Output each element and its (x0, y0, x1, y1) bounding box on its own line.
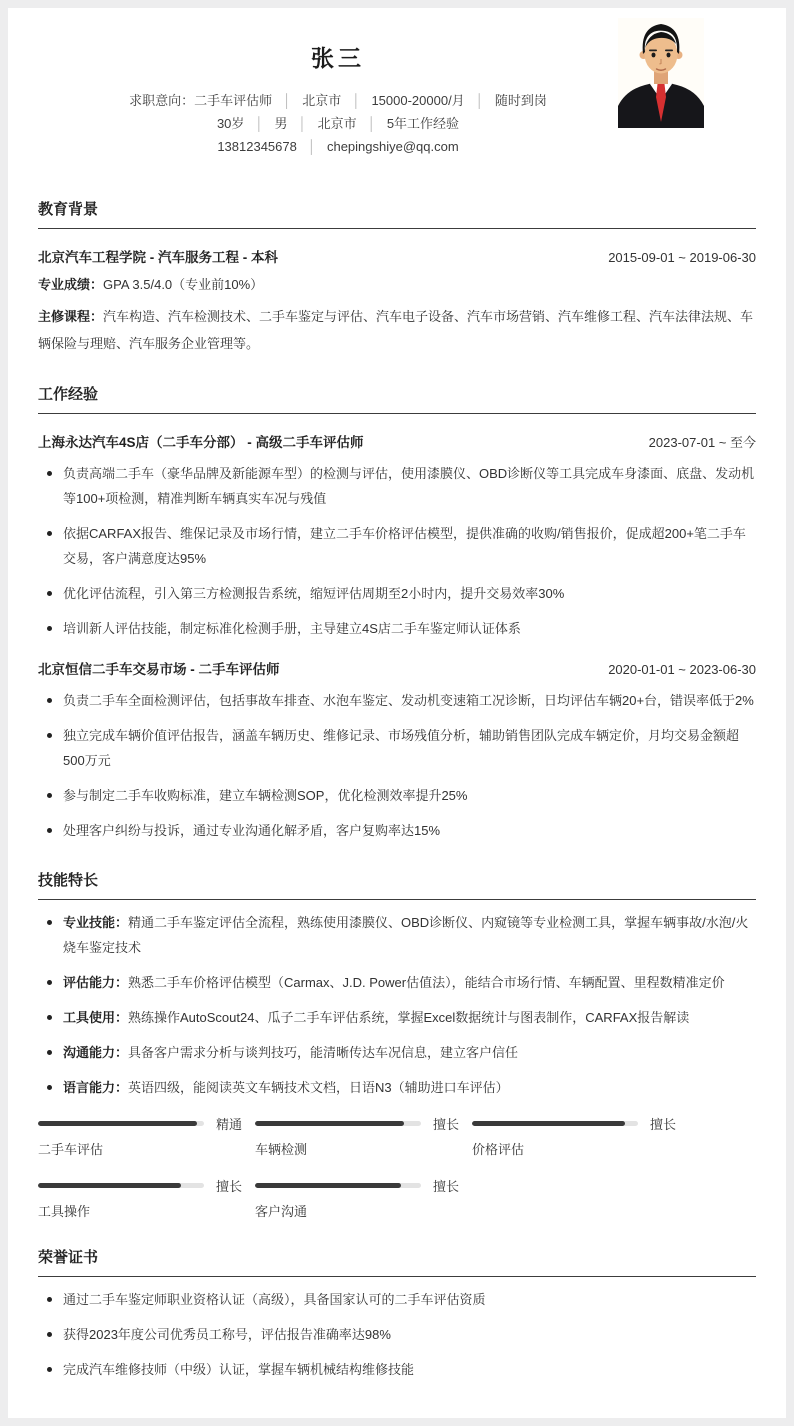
skill-text: 熟练操作AutoScout24、瓜子二手车评估系统，掌握Excel数据统计与图表… (128, 1010, 689, 1025)
section-honors: 荣誉证书 通过二手车鉴定师职业资格认证（高级），具备国家认可的二手车评估资质获得… (38, 1246, 756, 1382)
job-date-range: 2020-01-01 ~ 2023-06-30 (608, 662, 756, 677)
skill-text: 具备客户需求分析与谈判技巧，能清晰传达车况信息，建立客户信任 (128, 1045, 518, 1060)
separator-bar: │ (476, 93, 484, 108)
skill-level-label: 擅长 (433, 1114, 459, 1133)
candidate-name: 张三 (38, 40, 638, 73)
skill-bar-name: 二手车评估 (38, 1139, 255, 1158)
job-title: 北京恒信二手车交易市场 - 二手车评估师 (38, 658, 280, 678)
skill-bar-fill (38, 1183, 181, 1188)
header-info-item: 30岁 (217, 116, 244, 131)
skill-level-label: 擅长 (216, 1176, 242, 1195)
skill-bar-row: 擅长 (38, 1178, 255, 1192)
skill-bar-track (255, 1121, 421, 1126)
job-bullet: 负责高端二手车（豪华品牌及新能源车型）的检测与评估，使用漆膜仪、OBD诊断仪等工… (38, 461, 756, 511)
section-skills: 技能特长 专业技能：精通二手车鉴定评估全流程，熟练使用漆膜仪、OBD诊断仪、内窥… (38, 869, 756, 1220)
detail-text: GPA 3.5/4.0（专业前10%） (103, 277, 263, 292)
job-bullet-list: 负责高端二手车（豪华品牌及新能源车型）的检测与评估，使用漆膜仪、OBD诊断仪等工… (38, 461, 756, 641)
skill-bar-item: 擅长工具操作 (38, 1178, 255, 1220)
skill-bars-grid: 精通二手车评估擅长车辆检测擅长价格评估擅长工具操作擅长客户沟通 (38, 1116, 756, 1220)
header-info-item: 男 (275, 116, 288, 131)
header-info-line: 13812345678│chepingshiye@qq.com (38, 135, 638, 158)
skill-bar-fill (472, 1121, 625, 1126)
section-experience: 工作经验 上海永达汽车4S店（二手车分部） - 高级二手车评估师2023-07-… (38, 383, 756, 843)
header-info-item: 5年工作经验 (387, 116, 459, 131)
skill-text: 英语四级，能阅读英文车辆技术文档，日语N3（辅助进口车评估） (128, 1080, 509, 1095)
skill-bar-name: 工具操作 (38, 1201, 255, 1220)
skill-bar-fill (38, 1121, 197, 1126)
header-info-item: 北京市 (302, 93, 341, 108)
header-info-item: 随时到岗 (495, 93, 547, 108)
header-info-item: 13812345678 (217, 139, 297, 154)
skill-bar-track (38, 1121, 204, 1126)
skills-bullet-list: 专业技能：精通二手车鉴定评估全流程，熟练使用漆膜仪、OBD诊断仪、内窥镜等专业检… (38, 910, 756, 1100)
skill-bar-row: 擅长 (255, 1178, 472, 1192)
skill-bar-name: 客户沟通 (255, 1201, 472, 1220)
job-head: 上海永达汽车4S店（二手车分部） - 高级二手车评估师2023-07-01 ~ … (38, 431, 756, 451)
skill-level-label: 擅长 (650, 1114, 676, 1133)
resume-page: 张三 求职意向：二手车评估师│北京市│15000-20000/月│随时到岗30岁… (8, 8, 786, 1418)
separator-bar: │ (368, 116, 376, 131)
skill-level-label: 精通 (216, 1114, 242, 1133)
skill-level-label: 擅长 (433, 1176, 459, 1195)
skill-bar-row: 擅长 (255, 1116, 472, 1130)
job-entry: 北京恒信二手车交易市场 - 二手车评估师2020-01-01 ~ 2023-06… (38, 658, 756, 843)
header-info-item: 15000-20000/月 (371, 93, 464, 108)
separator-bar: │ (352, 93, 360, 108)
job-head: 北京恒信二手车交易市场 - 二手车评估师2020-01-01 ~ 2023-06… (38, 658, 756, 678)
job-bullet: 独立完成车辆价值评估报告，涵盖车辆历史、维修记录、市场残值分析，辅助销售团队完成… (38, 723, 756, 773)
detail-label: 专业成绩： (38, 277, 103, 292)
jobs-list: 上海永达汽车4S店（二手车分部） - 高级二手车评估师2023-07-01 ~ … (38, 431, 756, 843)
skill-text: 熟悉二手车价格评估模型（Carmax、J.D. Power估值法），能结合市场行… (128, 975, 725, 990)
header-info-item: 北京市 (318, 116, 357, 131)
separator-bar: │ (283, 93, 291, 108)
job-bullet: 处理客户纠纷与投诉，通过专业沟通化解矛盾，客户复购率达15% (38, 818, 756, 843)
education-detail-line: 专业成绩：GPA 3.5/4.0（专业前10%） (38, 271, 756, 298)
job-bullet: 培训新人评估技能，制定标准化检测手册，主导建立4S店二手车鉴定师认证体系 (38, 616, 756, 641)
separator-bar: │ (299, 116, 307, 131)
skill-bar-row: 精通 (38, 1116, 255, 1130)
skill-label: 专业技能： (63, 915, 128, 930)
section-title-experience: 工作经验 (38, 383, 756, 414)
job-title: 上海永达汽车4S店（二手车分部） - 高级二手车评估师 (38, 431, 364, 451)
skill-label: 语言能力： (63, 1080, 128, 1095)
skill-bullet: 专业技能：精通二手车鉴定评估全流程，熟练使用漆膜仪、OBD诊断仪、内窥镜等专业检… (38, 910, 756, 960)
skill-bar-fill (255, 1183, 401, 1188)
skill-label: 评估能力： (63, 975, 128, 990)
skill-bullet: 语言能力：英语四级，能阅读英文车辆技术文档，日语N3（辅助进口车评估） (38, 1075, 756, 1100)
header-center: 张三 求职意向：二手车评估师│北京市│15000-20000/月│随时到岗30岁… (38, 40, 638, 158)
skill-bar-item: 擅长客户沟通 (255, 1178, 472, 1220)
honor-bullet: 通过二手车鉴定师职业资格认证（高级），具备国家认可的二手车评估资质 (38, 1287, 756, 1312)
skill-bar-item: 精通二手车评估 (38, 1116, 255, 1158)
skill-bullet: 沟通能力：具备客户需求分析与谈判技巧，能清晰传达车况信息，建立客户信任 (38, 1040, 756, 1065)
header-info-line: 30岁│男│北京市│5年工作经验 (38, 112, 638, 135)
skill-bar-track (38, 1183, 204, 1188)
skill-bar-track (255, 1183, 421, 1188)
separator-bar: │ (255, 116, 263, 131)
education-date-range: 2015-09-01 ~ 2019-06-30 (608, 250, 756, 265)
skill-bar-name: 价格评估 (472, 1139, 689, 1158)
section-title-skills: 技能特长 (38, 869, 756, 900)
honor-bullet: 完成汽车维修技师（中级）认证，掌握车辆机械结构维修技能 (38, 1357, 756, 1382)
skill-label: 沟通能力： (63, 1045, 128, 1060)
header-info-item: 求职意向：二手车评估师 (129, 93, 272, 108)
job-entry: 上海永达汽车4S店（二手车分部） - 高级二手车评估师2023-07-01 ~ … (38, 431, 756, 641)
honors-bullet-list: 通过二手车鉴定师职业资格认证（高级），具备国家认可的二手车评估资质获得2023年… (38, 1287, 756, 1382)
skill-label: 工具使用： (63, 1010, 128, 1025)
job-date-range: 2023-07-01 ~ 至今 (649, 432, 756, 451)
job-bullet-list: 负责二手车全面检测评估，包括事故车排查、水泡车鉴定、发动机变速箱工况诊断，日均评… (38, 688, 756, 843)
education-row: 北京汽车工程学院 - 汽车服务工程 - 本科 2015-09-01 ~ 2019… (38, 246, 756, 266)
skill-bar-item: 擅长价格评估 (472, 1116, 689, 1158)
header-info-block: 求职意向：二手车评估师│北京市│15000-20000/月│随时到岗30岁│男│… (38, 89, 638, 158)
skill-bar-name: 车辆检测 (255, 1139, 472, 1158)
honor-bullet: 获得2023年度公司优秀员工称号，评估报告准确率达98% (38, 1322, 756, 1347)
skill-text: 精通二手车鉴定评估全流程，熟练使用漆膜仪、OBD诊断仪、内窥镜等专业检测工具，掌… (63, 915, 748, 955)
job-bullet: 负责二手车全面检测评估，包括事故车排查、水泡车鉴定、发动机变速箱工况诊断，日均评… (38, 688, 756, 713)
job-bullet: 依据CARFAX报告、维保记录及市场行情，建立二手车价格评估模型，提供准确的收购… (38, 521, 756, 571)
education-details: 专业成绩：GPA 3.5/4.0（专业前10%）主修课程：汽车构造、汽车检测技术… (38, 271, 756, 357)
skill-bar-fill (255, 1121, 404, 1126)
school-line: 北京汽车工程学院 - 汽车服务工程 - 本科 (38, 246, 278, 266)
education-detail-line: 主修课程：汽车构造、汽车检测技术、二手车鉴定与评估、汽车电子设备、汽车市场营销、… (38, 303, 756, 357)
header-info-line: 求职意向：二手车评估师│北京市│15000-20000/月│随时到岗 (38, 89, 638, 112)
header-info-item: chepingshiye@qq.com (327, 139, 459, 154)
cartoon-portrait-graphic (618, 18, 704, 128)
section-title-honors: 荣誉证书 (38, 1246, 756, 1277)
section-title-education: 教育背景 (38, 198, 756, 229)
job-bullet: 优化评估流程，引入第三方检测报告系统，缩短评估周期至2小时内，提升交易效率30% (38, 581, 756, 606)
skill-bullet: 评估能力：熟悉二手车价格评估模型（Carmax、J.D. Power估值法），能… (38, 970, 756, 995)
skill-bar-track (472, 1121, 638, 1126)
detail-text: 汽车构造、汽车检测技术、二手车鉴定与评估、汽车电子设备、汽车市场营销、汽车维修工… (38, 309, 753, 351)
skill-bar-item: 擅长车辆检测 (255, 1116, 472, 1158)
detail-label: 主修课程： (38, 309, 103, 324)
skill-bullet: 工具使用：熟练操作AutoScout24、瓜子二手车评估系统，掌握Excel数据… (38, 1005, 756, 1030)
separator-bar: │ (308, 139, 316, 154)
resume-header: 张三 求职意向：二手车评估师│北京市│15000-20000/月│随时到岗30岁… (38, 8, 756, 172)
job-bullet: 参与制定二手车收购标准，建立车辆检测SOP，优化检测效率提升25% (38, 783, 756, 808)
id-photo (618, 18, 704, 128)
skill-bar-row: 擅长 (472, 1116, 689, 1130)
section-education: 教育背景 北京汽车工程学院 - 汽车服务工程 - 本科 2015-09-01 ~… (38, 198, 756, 357)
